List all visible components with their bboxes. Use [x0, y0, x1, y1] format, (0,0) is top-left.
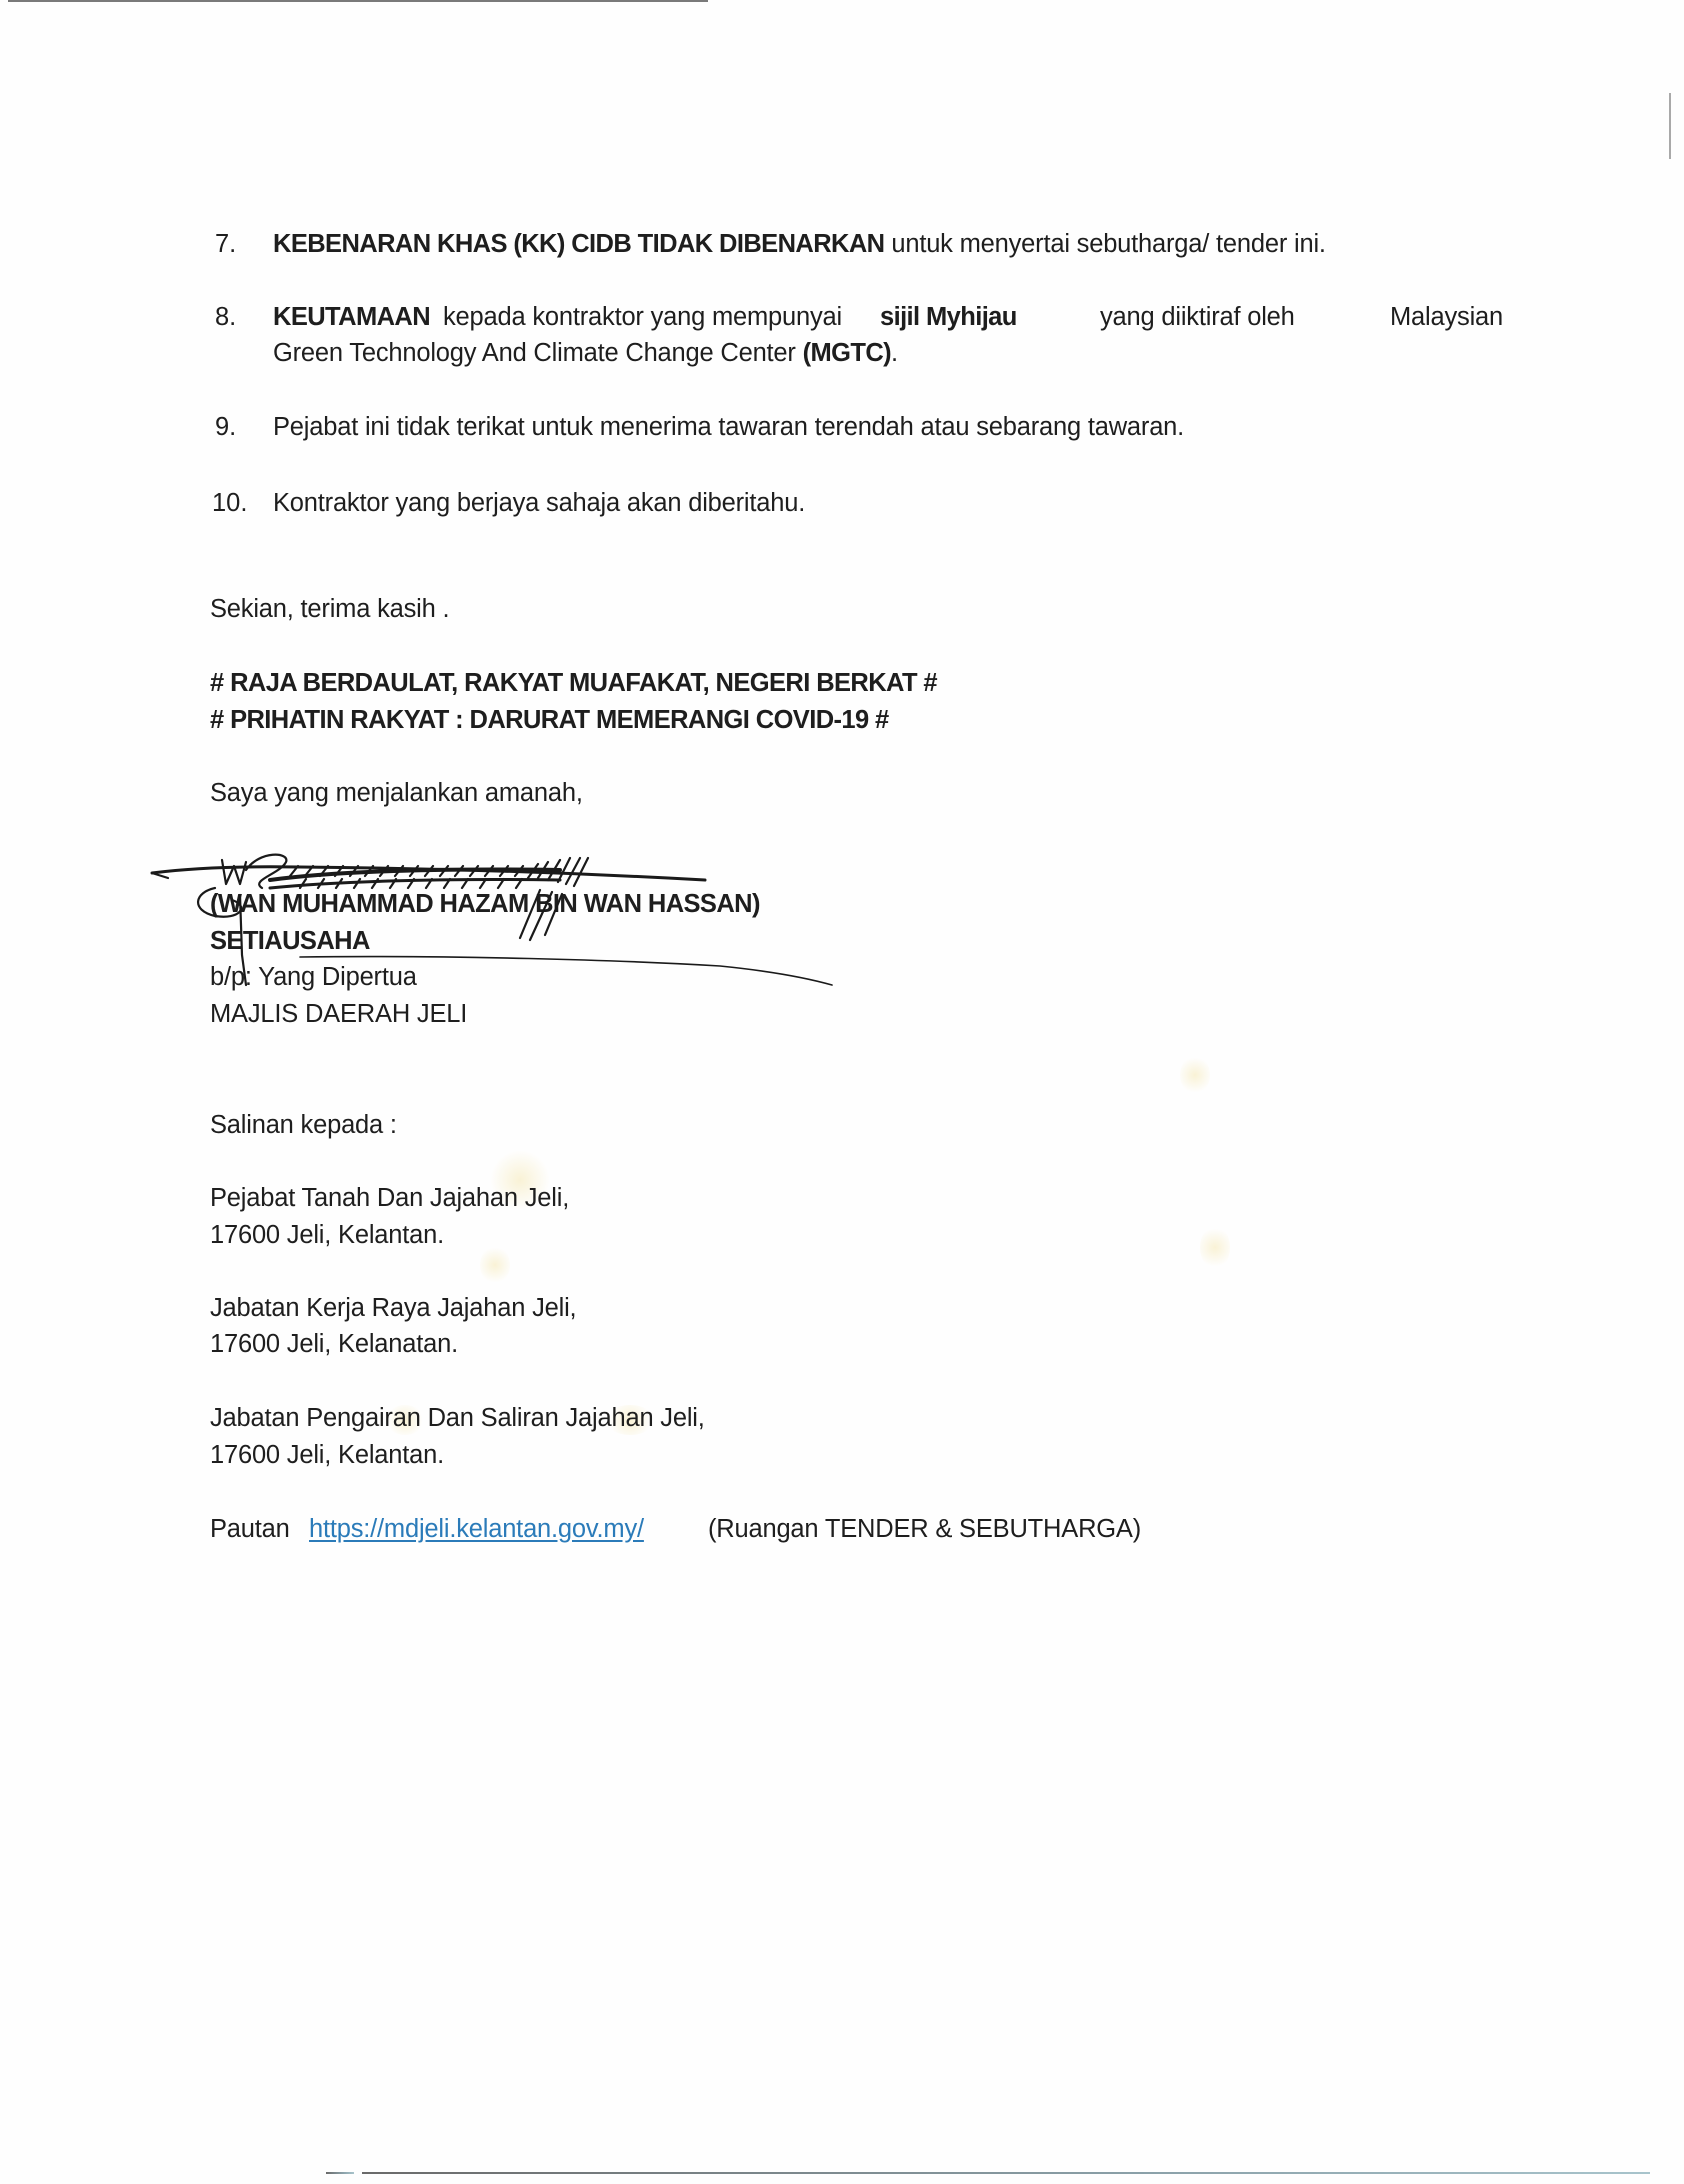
item-text: Kontraktor yang berjaya sahaja akan dibe… — [273, 488, 805, 518]
scan-edge-bottom-short — [326, 2172, 354, 2174]
scan-edge-top — [8, 0, 708, 2]
item-body: kepada kontraktor yang mempunyai — [443, 302, 842, 332]
scan-margin-mark — [1669, 93, 1671, 159]
link-prefix: Pautan — [210, 1514, 290, 1544]
scan-stain — [1200, 1225, 1230, 1270]
trust-line: Saya yang menjalankan amanah, — [210, 778, 583, 808]
recipient-name: Jabatan Kerja Raya Jajahan Jeli, — [210, 1293, 576, 1323]
item-text: KEBENARAN KHAS (KK) CIDB TIDAK DIBENARKA… — [273, 229, 1326, 259]
slogan-line: # PRIHATIN RAKYAT : DARURAT MEMERANGI CO… — [210, 705, 889, 735]
recipient-address: 17600 Jeli, Kelanatan. — [210, 1329, 458, 1359]
scan-stain — [1180, 1055, 1210, 1095]
item-bold-mid: sijil Myhijau — [880, 302, 1017, 332]
signatory-title: SETIAUSAHA — [210, 926, 370, 956]
item-body: yang diiktiraf oleh — [1100, 302, 1295, 332]
link-suffix: (Ruangan TENDER & SEBUTHARGA) — [708, 1514, 1141, 1544]
recipient-address: 17600 Jeli, Kelantan. — [210, 1220, 444, 1250]
item-number: 8. — [215, 302, 236, 332]
item-bold-lead: KEUTAMAAN — [273, 302, 430, 332]
item-body: Green Technology And Climate Change Cent… — [273, 339, 803, 367]
closing-text: Sekian, terima kasih . — [210, 594, 449, 624]
scan-stain — [480, 1245, 510, 1285]
item-number: 9. — [215, 412, 236, 442]
recipient-address: 17600 Jeli, Kelantan. — [210, 1440, 444, 1470]
slogan-line: # RAJA BERDAULAT, RAKYAT MUAFAKAT, NEGER… — [210, 668, 937, 698]
item-body: Malaysian — [1390, 302, 1503, 332]
item-body-line2: Green Technology And Climate Change Cent… — [273, 338, 898, 368]
signatory-name: (WAN MUHAMMAD HAZAM BIN WAN HASSAN) — [210, 889, 760, 919]
signatory-organization: MAJLIS DAERAH JELI — [210, 999, 467, 1029]
item-text: Pejabat ini tidak terikat untuk menerima… — [273, 412, 1184, 442]
item-bold-tail: (MGTC) — [803, 339, 891, 367]
document-page: 7. KEBENARAN KHAS (KK) CIDB TIDAK DIBENA… — [0, 0, 1684, 2184]
recipient-name: Jabatan Pengairan Dan Saliran Jajahan Je… — [210, 1403, 705, 1433]
item-number: 7. — [215, 229, 236, 259]
signatory-on-behalf: b/p: Yang Dipertua — [210, 962, 417, 992]
copies-heading: Salinan kepada : — [210, 1110, 397, 1140]
recipient-name: Pejabat Tanah Dan Jajahan Jeli, — [210, 1183, 569, 1213]
item-bold-lead: KEBENARAN KHAS (KK) CIDB TIDAK DIBENARKA… — [273, 230, 884, 258]
item-period: . — [891, 339, 898, 367]
item-body: untuk menyertai sebutharga/ tender ini. — [884, 230, 1325, 258]
website-link[interactable]: https://mdjeli.kelantan.gov.my/ — [309, 1514, 644, 1544]
item-number: 10. — [212, 488, 247, 518]
scan-edge-bottom — [362, 2172, 1650, 2174]
